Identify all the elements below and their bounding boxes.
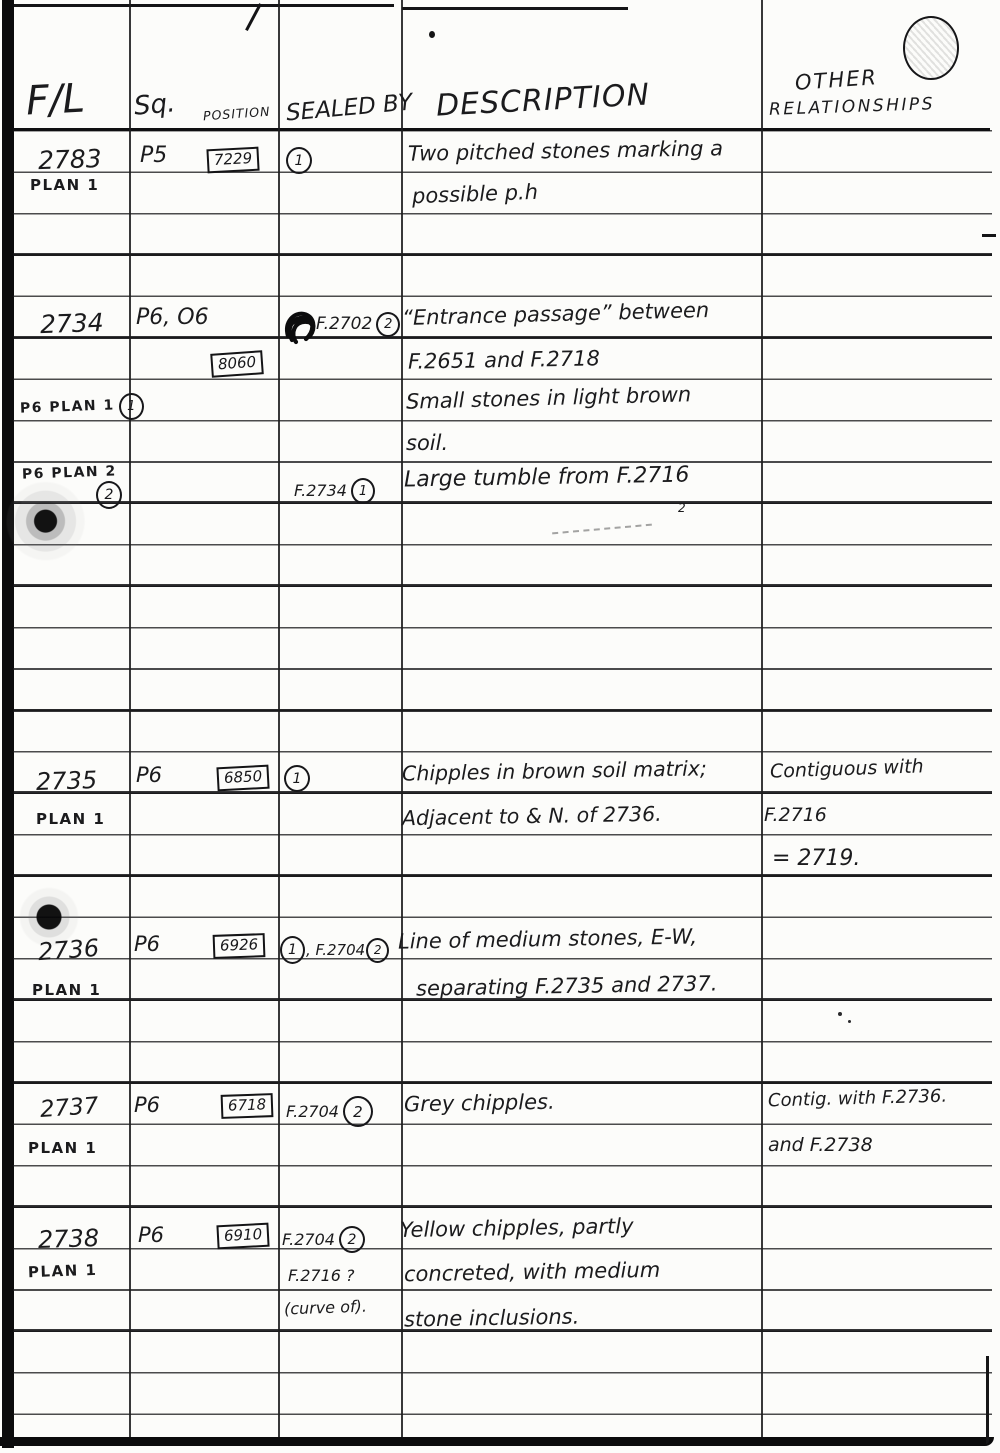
sealed-ref: F.2716 ? <box>288 1268 355 1284</box>
page-right-border <box>986 1356 989 1444</box>
rule-dark <box>13 709 992 712</box>
fl-number: 2737 <box>39 1095 99 1122</box>
hole-punch-icon <box>6 476 92 570</box>
column-line-position <box>278 0 280 1442</box>
rule-dark <box>13 584 992 587</box>
header-sealed-by: SEALED BY <box>285 92 413 126</box>
rule-dark <box>13 874 992 877</box>
position-ref: 7229 <box>206 147 259 173</box>
rule-dark <box>13 1081 992 1084</box>
description-line: possible p.h <box>412 182 539 207</box>
position-ref: 6850 <box>216 765 269 791</box>
sealed-ref: , F.2704 <box>306 943 365 958</box>
plan-label: PLAN 1 <box>28 1141 97 1156</box>
circled-number: 1 <box>119 393 144 420</box>
sealed-ref: F.2702 <box>316 316 372 333</box>
description-line: soil. <box>406 433 448 454</box>
column-line-fl <box>129 0 131 1442</box>
description-line: Grey chipples. <box>404 1092 555 1116</box>
sealed-ref: (curve of). <box>284 1299 367 1318</box>
rule-dark <box>13 253 992 256</box>
other-relationships-line: = 2719. <box>772 848 860 870</box>
page-top-border <box>14 4 394 7</box>
header-fl: F/L <box>25 78 86 121</box>
position-ref: 8060 <box>210 350 264 377</box>
fl-number: 2736 <box>37 936 100 964</box>
square-ref: P6 <box>136 765 162 786</box>
sealed-ref: F.2704 <box>282 1232 335 1248</box>
fl-number: 2783 <box>38 146 102 173</box>
description-line: Two pitched stones marking a <box>408 138 723 164</box>
rule-dark <box>13 501 992 504</box>
stray-pen-stroke <box>245 3 261 31</box>
scratched-out-mark-icon <box>282 308 320 348</box>
pencil-speck <box>848 1020 851 1023</box>
other-relationships-line: and F.2738 <box>768 1136 873 1155</box>
sealed-circled-number: 2 <box>343 1096 373 1127</box>
description-line: Yellow chipples, partly <box>400 1216 634 1241</box>
sealed-circled-number: 1 <box>284 765 310 792</box>
square-ref: P6 <box>134 1095 160 1116</box>
position-ref: 6910 <box>216 1223 269 1249</box>
description-line: Adjacent to & N. of 2736. <box>402 804 662 829</box>
plan-label: PLAN 1 <box>36 812 105 827</box>
square-ref: P6, O6 <box>136 307 209 329</box>
column-line-other <box>761 0 763 1442</box>
fl-number: 2738 <box>38 1226 100 1252</box>
description-line: F.2651 and F.2718 <box>408 348 600 372</box>
fl-number: 2734 <box>40 310 104 337</box>
correction-digit: 2 <box>678 502 686 514</box>
sealed-circled-number: 1 <box>351 478 375 504</box>
page-bottom-border <box>0 1437 994 1446</box>
sealed-circled-number: 1 <box>286 147 312 174</box>
edge-tick <box>982 234 996 237</box>
header-other: OTHER <box>794 67 878 94</box>
record-sheet-page: F/L Sq. POSITION SEALED BY DESCRIPTION O… <box>0 0 1000 1453</box>
description-line: concreted, with medium <box>404 1260 661 1285</box>
rule-dark <box>13 791 992 794</box>
sealed-ref: F.2704 <box>286 1104 339 1120</box>
other-relationships-line: F.2716 <box>764 806 827 825</box>
header-underline <box>13 128 990 131</box>
plan-label: P6 PLAN 2 <box>22 464 117 481</box>
description-line: Chipples in brown soil matrix; <box>402 758 707 784</box>
plan-label: P6 PLAN 1 <box>20 398 115 415</box>
description-line: separating F.2735 and 2737. <box>416 973 718 999</box>
punch-ring-icon <box>903 16 959 80</box>
page-top-border-2 <box>402 7 628 10</box>
square-ref: P5 <box>140 145 167 167</box>
sealed-ref: F.2734 <box>294 483 347 499</box>
position-ref: 6926 <box>213 933 266 958</box>
sealed-circled-number: 2 <box>366 938 389 963</box>
circled-number: 2 <box>96 481 122 509</box>
description-line: Large tumble from F.2716 <box>404 465 690 492</box>
plan-label: PLAN 1 <box>32 983 101 998</box>
rule-dark <box>13 1205 992 1208</box>
sealed-circled-number: 2 <box>376 312 400 337</box>
square-ref: P6 <box>134 934 160 955</box>
rule-dark <box>13 336 992 339</box>
plan-label: PLAN 1 <box>30 178 99 193</box>
description-line: stone inclusions. <box>404 1306 580 1330</box>
plan-label: PLAN 1 <box>28 1263 98 1280</box>
header-description: DESCRIPTION <box>435 80 650 121</box>
fl-number: 2735 <box>36 768 98 794</box>
sealed-circled-number: 1 <box>280 936 305 964</box>
ink-dot <box>429 31 435 38</box>
sealed-circled-number: 2 <box>339 1226 365 1253</box>
other-relationships-line: Contig. with F.2736. <box>768 1088 948 1111</box>
header-sq: Sq. <box>133 90 176 119</box>
position-ref: 6718 <box>221 1093 274 1118</box>
header-position: POSITION <box>203 106 271 123</box>
other-relationships-line: Contiguous with <box>770 757 924 781</box>
description-line: Line of medium stones, E-W, <box>398 926 697 952</box>
square-ref: P6 <box>138 1225 164 1246</box>
pencil-speck <box>838 1012 842 1016</box>
header-relationships: RELATIONSHIPS <box>769 96 936 119</box>
